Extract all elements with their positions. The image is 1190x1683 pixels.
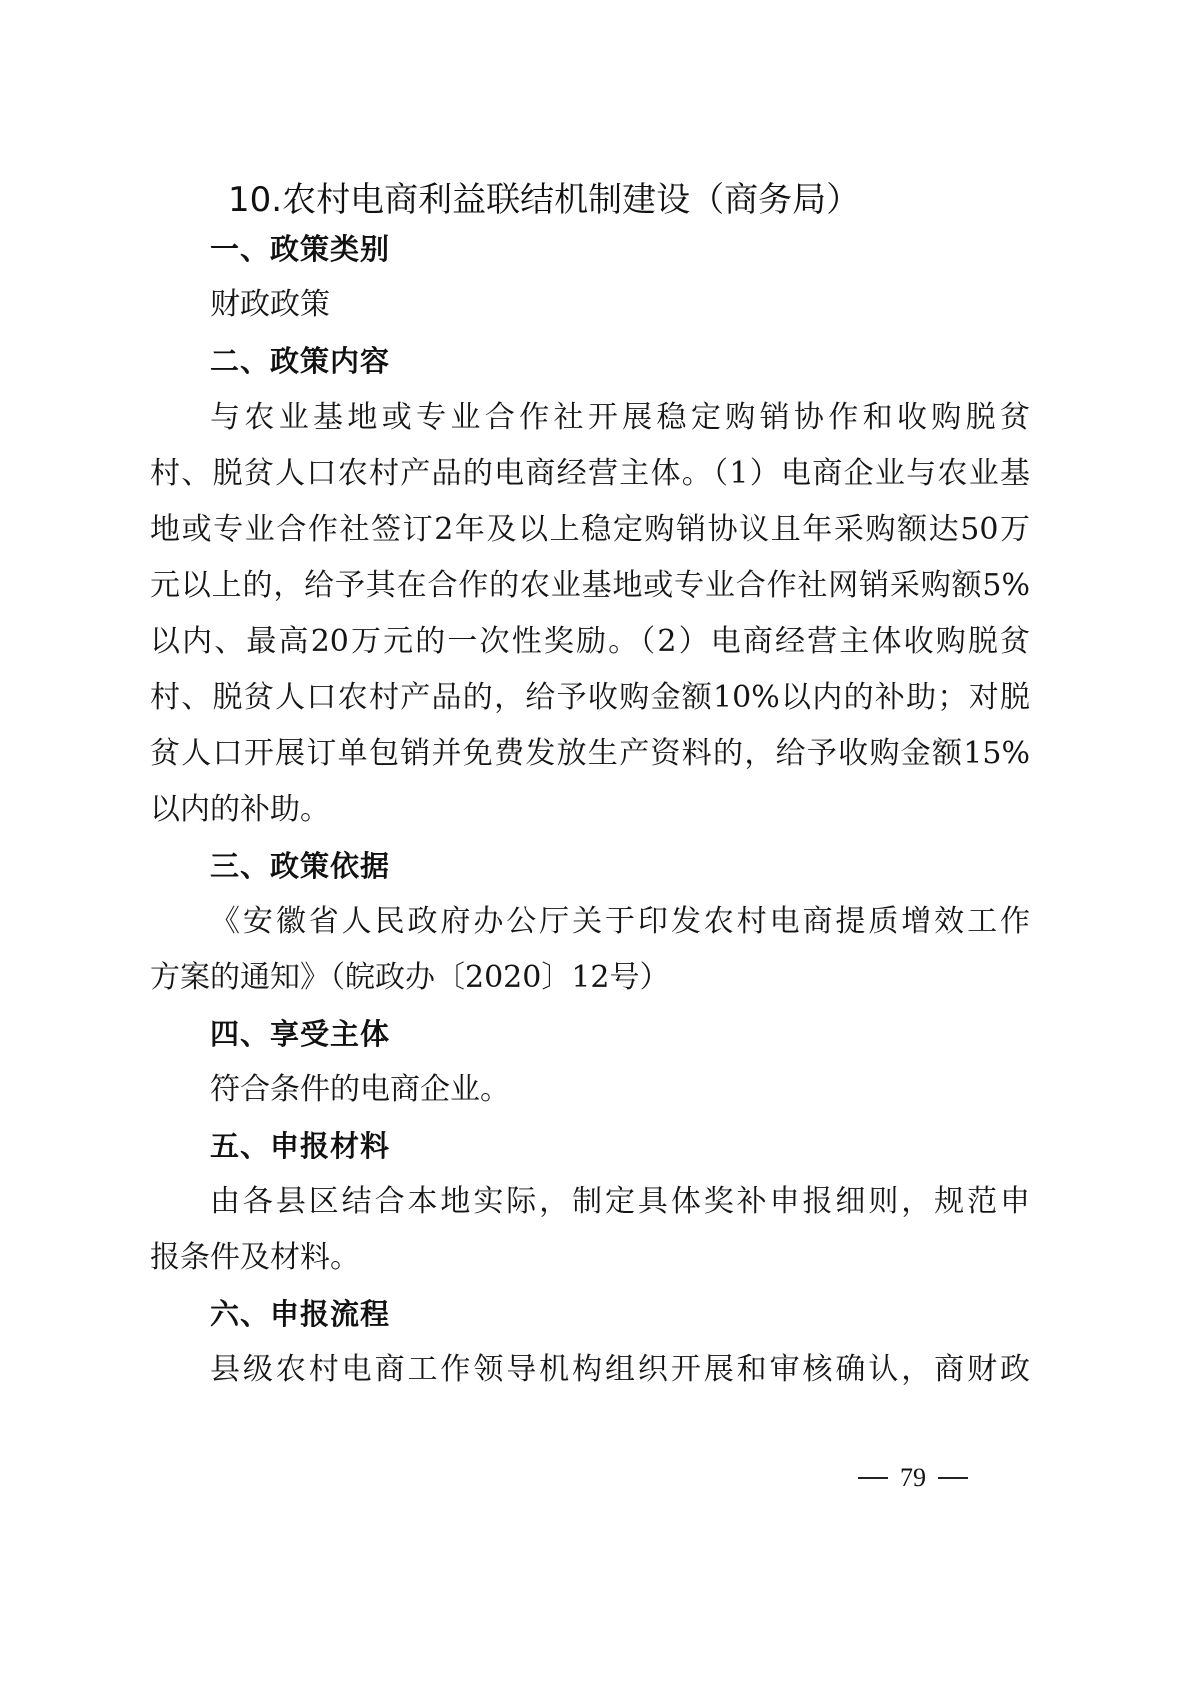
document-page: 10.农村电商利益联结机制建设（商务局） 一、政策类别 财政政策 二、政策内容 … [0,0,1190,1683]
paragraph-line: 元以上的，给予其在合作的农业基地或专业合作社网销采购额5% [150,566,1030,606]
paragraph-line: 报条件及材料。 [150,1238,1030,1278]
paragraph-line: 贫人口开展订单包销并免费发放生产资料的，给予收购金额15% [150,734,1030,774]
section-heading-application-materials: 五、申报材料 [210,1126,390,1166]
paragraph-line: 由各县区结合本地实际，制定具体奖补申报细则，规范申 [210,1182,1030,1222]
paragraph-line: 地或专业合作社签订2年及以上稳定购销协议且年采购额达50万 [150,510,1030,550]
paragraph-line: 县级农村电商工作领导机构组织开展和审核确认，商财政 [210,1350,1030,1390]
section-heading-policy-content: 二、政策内容 [210,341,390,381]
page-number-value: 79 [900,1462,926,1494]
section-heading-beneficiary: 四、享受主体 [210,1014,390,1054]
dash-left [858,1477,888,1479]
document-title: 10.农村电商利益联结机制建设（商务局） [228,178,1028,222]
paragraph-line: 财政政策 [210,285,1030,325]
page-number: 79 [858,1462,968,1494]
paragraph-line: 与农业基地或专业合作社开展稳定购销协作和收购脱贫 [210,398,1030,438]
paragraph-line: 以内的补助。 [150,790,1030,830]
paragraph-line: 以内、最高20万元的一次性奖励。（2）电商经营主体收购脱贫 [150,622,1030,662]
paragraph-line: 《安徽省人民政府办公厅关于印发农村电商提质增效工作 [210,902,1030,942]
section-heading-policy-basis: 三、政策依据 [210,846,390,886]
dash-right [938,1477,968,1479]
paragraph-line: 方案的通知》（皖政办〔2020〕12号） [150,958,1030,998]
section-heading-application-process: 六、申报流程 [210,1294,390,1334]
paragraph-line: 村、脱贫人口农村产品的，给予收购金额10%以内的补助；对脱 [150,678,1030,718]
paragraph-line: 符合条件的电商企业。 [210,1070,1030,1110]
section-heading-policy-category: 一、政策类别 [210,229,390,269]
paragraph-line: 村、脱贫人口农村产品的电商经营主体。（1）电商企业与农业基 [150,454,1030,494]
